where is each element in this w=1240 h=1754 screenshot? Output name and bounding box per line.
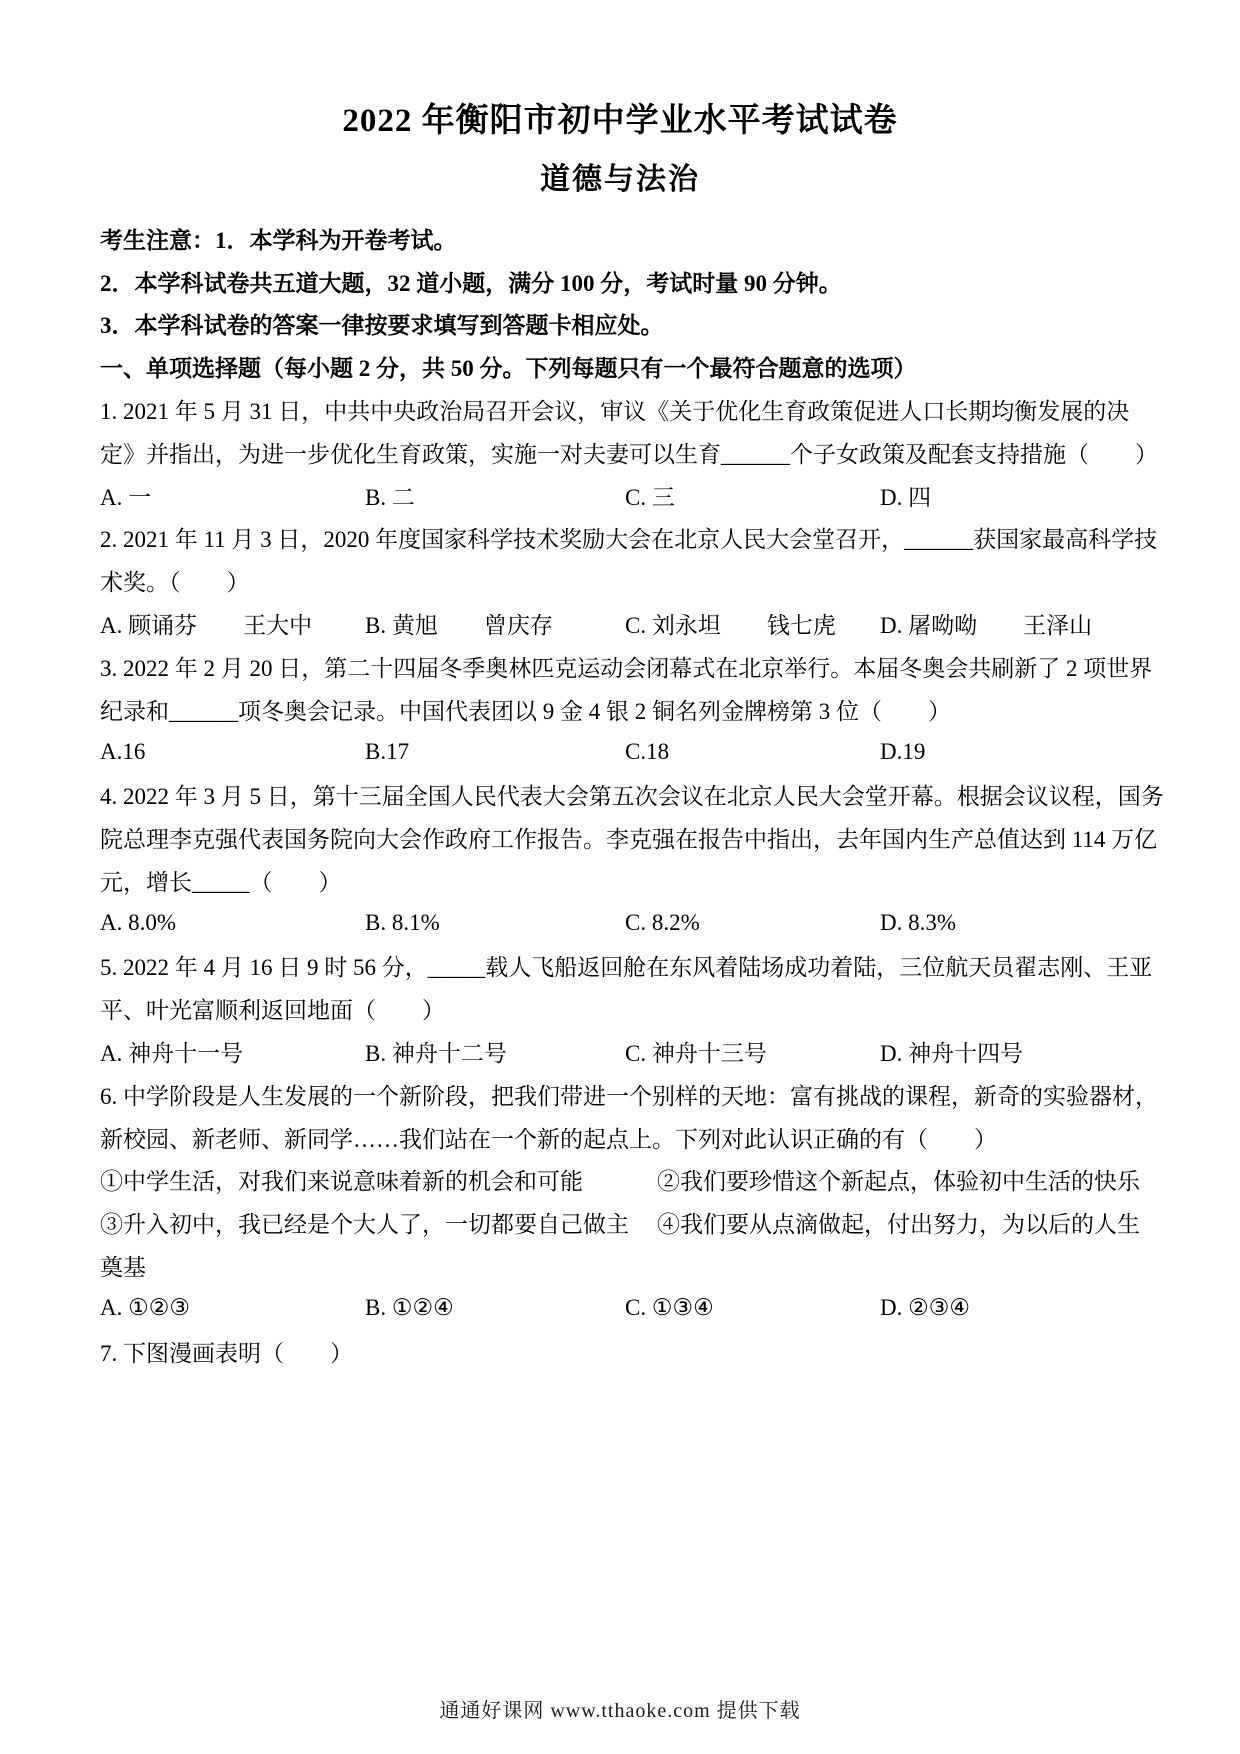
question-1-option-a: A. 一 [100, 479, 365, 512]
footer-credit: 通通好课网 www.tthaoke.com 提供下载 [0, 1694, 1240, 1723]
statement-4: ④我们要从点滴做起，付出努力，为以后的人生 [657, 1206, 1140, 1239]
question-2-option-d: D. 屠呦呦 王泽山 [880, 607, 1140, 640]
question-4-line-3: 元，增长_____（ ） [100, 859, 1140, 902]
question-2-option-a: A. 顾诵芬 王大中 [100, 607, 365, 640]
question-6-option-b: B. ①②④ [365, 1295, 625, 1321]
question-4-line-1: 4. 2022 年 3 月 5 日，第十三届全国人民代表大会第五次会议在北京人民… [100, 773, 1140, 816]
question-2-line-2: 术奖。（ ） [100, 559, 1140, 602]
question-6-line-2: 新校园、新老师、新同学……我们站在一个新的起点上。下列对此认识正确的有（ ） [100, 1116, 1140, 1159]
question-4-option-b: B. 8.1% [365, 910, 625, 936]
notice-line-1: 考生注意：1．本学科为开卷考试。 [100, 217, 1140, 260]
question-3-option-b: B.17 [365, 739, 625, 765]
question-2-line-1: 2. 2021 年 11 月 3 日，2020 年度国家科学技术奖励大会在北京人… [100, 517, 1140, 560]
statement-3: ③升入初中，我已经是个大人了，一切都要自己做主 [100, 1206, 657, 1239]
question-3-line-2: 纪录和______项冬奥会记录。中国代表团以 9 金 4 银 2 铜名列金牌榜第… [100, 688, 1140, 731]
paper-title: 2022 年衡阳市初中学业水平考试试卷 [0, 94, 1240, 141]
question-3-option-c: C.18 [625, 739, 880, 765]
question-1-option-b: B. 二 [365, 479, 625, 512]
question-5-option-c: C. 神舟十三号 [625, 1035, 880, 1068]
question-3: 3. 2022 年 2 月 20 日，第二十四届冬季奥林匹克运动会闭幕式在北京举… [100, 645, 1140, 773]
question-6: 6. 中学阶段是人生发展的一个新阶段，把我们带进一个别样的天地：富有挑战的课程，… [100, 1073, 1140, 1330]
question-1-option-d: D. 四 [880, 479, 1140, 512]
question-7: 7. 下图漫画表明（ ） [100, 1330, 1140, 1373]
notice-line-2: 2．本学科试卷共五道大题，32 道小题，满分 100 分，考试时量 90 分钟。 [100, 260, 1140, 303]
question-6-option-c: C. ①③④ [625, 1295, 880, 1321]
question-4-option-a: A. 8.0% [100, 910, 365, 936]
question-4-options: A. 8.0% B. 8.1% C. 8.2% D. 8.3% [100, 902, 1140, 945]
question-3-option-d: D.19 [880, 739, 1140, 765]
question-5-options: A. 神舟十一号 B. 神舟十二号 C. 神舟十三号 D. 神舟十四号 [100, 1030, 1140, 1073]
question-6-line-1: 6. 中学阶段是人生发展的一个新阶段，把我们带进一个别样的天地：富有挑战的课程，… [100, 1073, 1140, 1116]
question-6-option-a: A. ①②③ [100, 1295, 365, 1321]
question-4-option-d: D. 8.3% [880, 910, 1140, 936]
question-6-options: A. ①②③ B. ①②④ C. ①③④ D. ②③④ [100, 1287, 1140, 1330]
question-1-option-c: C. 三 [625, 479, 880, 512]
question-3-line-1: 3. 2022 年 2 月 20 日，第二十四届冬季奥林匹克运动会闭幕式在北京举… [100, 645, 1140, 688]
question-5-option-d: D. 神舟十四号 [880, 1035, 1140, 1068]
question-1-line-2: 定》并指出，为进一步优化生育政策，实施一对夫妻可以生育______个子女政策及配… [100, 431, 1140, 474]
question-5-line-1: 5. 2022 年 4 月 16 日 9 时 56 分，_____载人飞船返回舱… [100, 945, 1140, 988]
question-6-option-d: D. ②③④ [880, 1295, 1140, 1321]
question-4-option-c: C. 8.2% [625, 910, 880, 936]
paper-body: 考生注意：1．本学科为开卷考试。 2．本学科试卷共五道大题，32 道小题，满分 … [100, 217, 1140, 1373]
question-1-options: A. 一 B. 二 C. 三 D. 四 [100, 474, 1140, 517]
question-4-line-2: 院总理李克强代表国务院向大会作政府工作报告。李克强在报告中指出，去年国内生产总值… [100, 816, 1140, 859]
question-3-options: A.16 B.17 C.18 D.19 [100, 731, 1140, 774]
question-2: 2. 2021 年 11 月 3 日，2020 年度国家科学技术奖励大会在北京人… [100, 517, 1140, 645]
statement-1: ①中学生活，对我们来说意味着新的机会和可能 [100, 1163, 657, 1196]
section-heading: 一、单项选择题（每小题 2 分，共 50 分。下列每题只有一个最符合题意的选项） [100, 345, 1140, 388]
question-2-option-c: C. 刘永坦 钱七虎 [625, 607, 880, 640]
question-6-statements-row-2: ③升入初中，我已经是个大人了，一切都要自己做主 ④我们要从点滴做起，付出努力，为… [100, 1201, 1140, 1244]
question-6-continuation: 奠基 [100, 1244, 1140, 1287]
question-1-line-1: 1. 2021 年 5 月 31 日，中共中央政治局召开会议，审议《关于优化生育… [100, 388, 1140, 431]
question-4: 4. 2022 年 3 月 5 日，第十三届全国人民代表大会第五次会议在北京人民… [100, 773, 1140, 944]
question-1: 1. 2021 年 5 月 31 日，中共中央政治局召开会议，审议《关于优化生育… [100, 388, 1140, 516]
question-5: 5. 2022 年 4 月 16 日 9 时 56 分，_____载人飞船返回舱… [100, 945, 1140, 1073]
question-6-statements-row-1: ①中学生活，对我们来说意味着新的机会和可能 ②我们要珍惜这个新起点，体验初中生活… [100, 1159, 1140, 1202]
paper-subtitle: 道德与法治 [0, 154, 1240, 198]
statement-2: ②我们要珍惜这个新起点，体验初中生活的快乐 [657, 1163, 1140, 1196]
question-2-options: A. 顾诵芬 王大中 B. 黄旭 曾庆存 C. 刘永坦 钱七虎 D. 屠呦呦 王… [100, 602, 1140, 645]
question-5-option-b: B. 神舟十二号 [365, 1035, 625, 1068]
question-7-line-1: 7. 下图漫画表明（ ） [100, 1330, 1140, 1373]
question-5-option-a: A. 神舟十一号 [100, 1035, 365, 1068]
exam-paper-page: 2022 年衡阳市初中学业水平考试试卷 道德与法治 考生注意：1．本学科为开卷考… [0, 0, 1240, 1754]
notice-line-3: 3．本学科试卷的答案一律按要求填写到答题卡相应处。 [100, 303, 1140, 346]
question-2-option-b: B. 黄旭 曾庆存 [365, 607, 625, 640]
question-3-option-a: A.16 [100, 739, 365, 765]
question-5-line-2: 平、叶光富顺利返回地面（ ） [100, 987, 1140, 1030]
